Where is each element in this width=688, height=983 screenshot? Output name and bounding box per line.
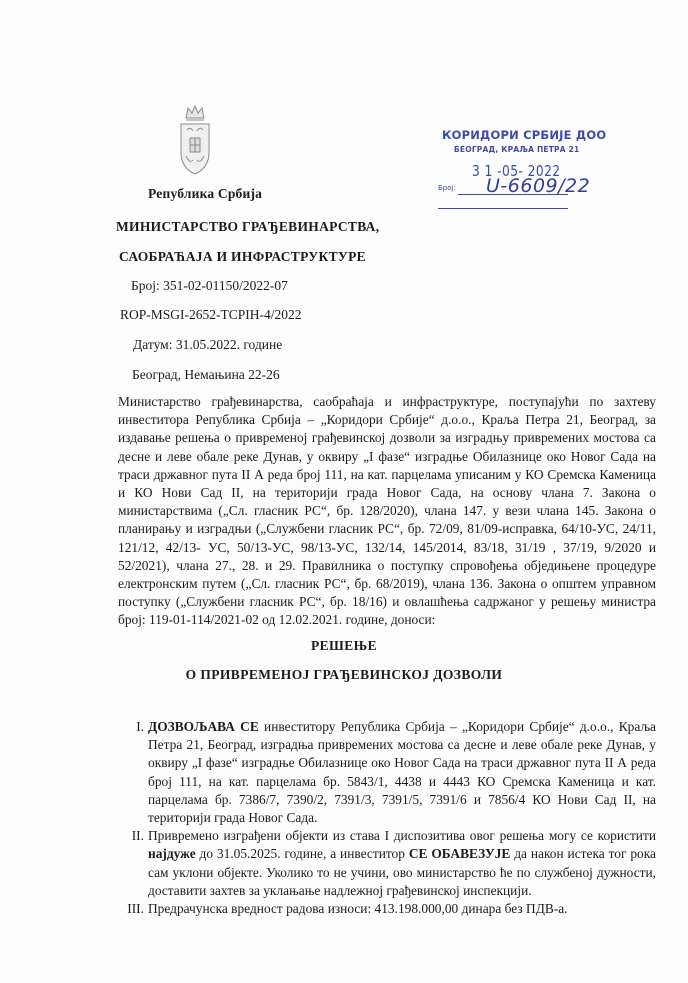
resolution-subtitle: О ПРИВРЕМЕНОЈ ГРАЂЕВИНСКОЈ ДОЗВОЛИ <box>0 667 688 683</box>
item-text: инвеститору Република Србија – „Коридори… <box>148 719 656 825</box>
item-bold-lead: ДОЗВОЉАВА СЕ <box>148 719 259 734</box>
republic-name: Република Србија <box>148 186 262 202</box>
item-text-a: Привремено изграђени објекти из става I … <box>148 828 656 843</box>
coat-of-arms-icon <box>178 104 212 176</box>
stamp-number-label: Број: <box>438 184 456 192</box>
rop-number: ROP-MSGI-2652-TCPIH-4/2022 <box>120 307 302 323</box>
document-date: Датум: 31.05.2022. године <box>133 337 282 353</box>
document-number: Број: 351-02-01150/2022-07 <box>131 278 288 294</box>
document-page: Република Србија МИНИСТАРСТВО ГРАЂЕВИНАР… <box>0 0 688 983</box>
disposition-item-2: II. Привремено изграђени објекти из став… <box>118 827 656 900</box>
received-stamp: КОРИДОРИ СРБИЈЕ ДОО БЕОГРАД, КРАЉА ПЕТРА… <box>430 128 610 208</box>
intro-paragraph: Министарство грађевинарства, саобраћаја … <box>118 393 656 630</box>
disposition-item-3: III. Предрачунска вредност радова износи… <box>118 900 656 918</box>
item-number: II. <box>118 827 144 845</box>
item-bold-b: СЕ ОБАВЕЗУЈЕ <box>409 846 510 861</box>
stamp-bottom-line <box>438 208 568 209</box>
item-text: Предрачунска вредност радова износи: 413… <box>148 901 568 916</box>
resolution-title: РЕШЕЊЕ <box>0 638 688 654</box>
stamp-company: КОРИДОРИ СРБИЈЕ ДОО <box>442 128 606 142</box>
item-text-b: до 31.05.2025. године, а инвеститор <box>196 846 409 861</box>
disposition-item-1: I. ДОЗВОЉАВА СЕ инвеститору Република Ср… <box>118 718 656 827</box>
ministry-address: Београд, Немањина 22-26 <box>132 367 280 383</box>
ministry-name-line1: МИНИСТАРСТВО ГРАЂЕВИНАРСТВА, <box>116 219 379 235</box>
ministry-name-line2: САОБРАЋАЈА И ИНФРАСТРУКТУРЕ <box>119 249 366 265</box>
disposition-list: I. ДОЗВОЉАВА СЕ инвеститору Република Ср… <box>118 718 656 918</box>
stamp-underline <box>458 194 568 195</box>
stamp-address: БЕОГРАД, КРАЉА ПЕТРА 21 <box>454 145 579 154</box>
item-number: I. <box>118 718 144 736</box>
item-number: III. <box>118 900 144 918</box>
item-bold-a: најдуже <box>148 846 196 861</box>
